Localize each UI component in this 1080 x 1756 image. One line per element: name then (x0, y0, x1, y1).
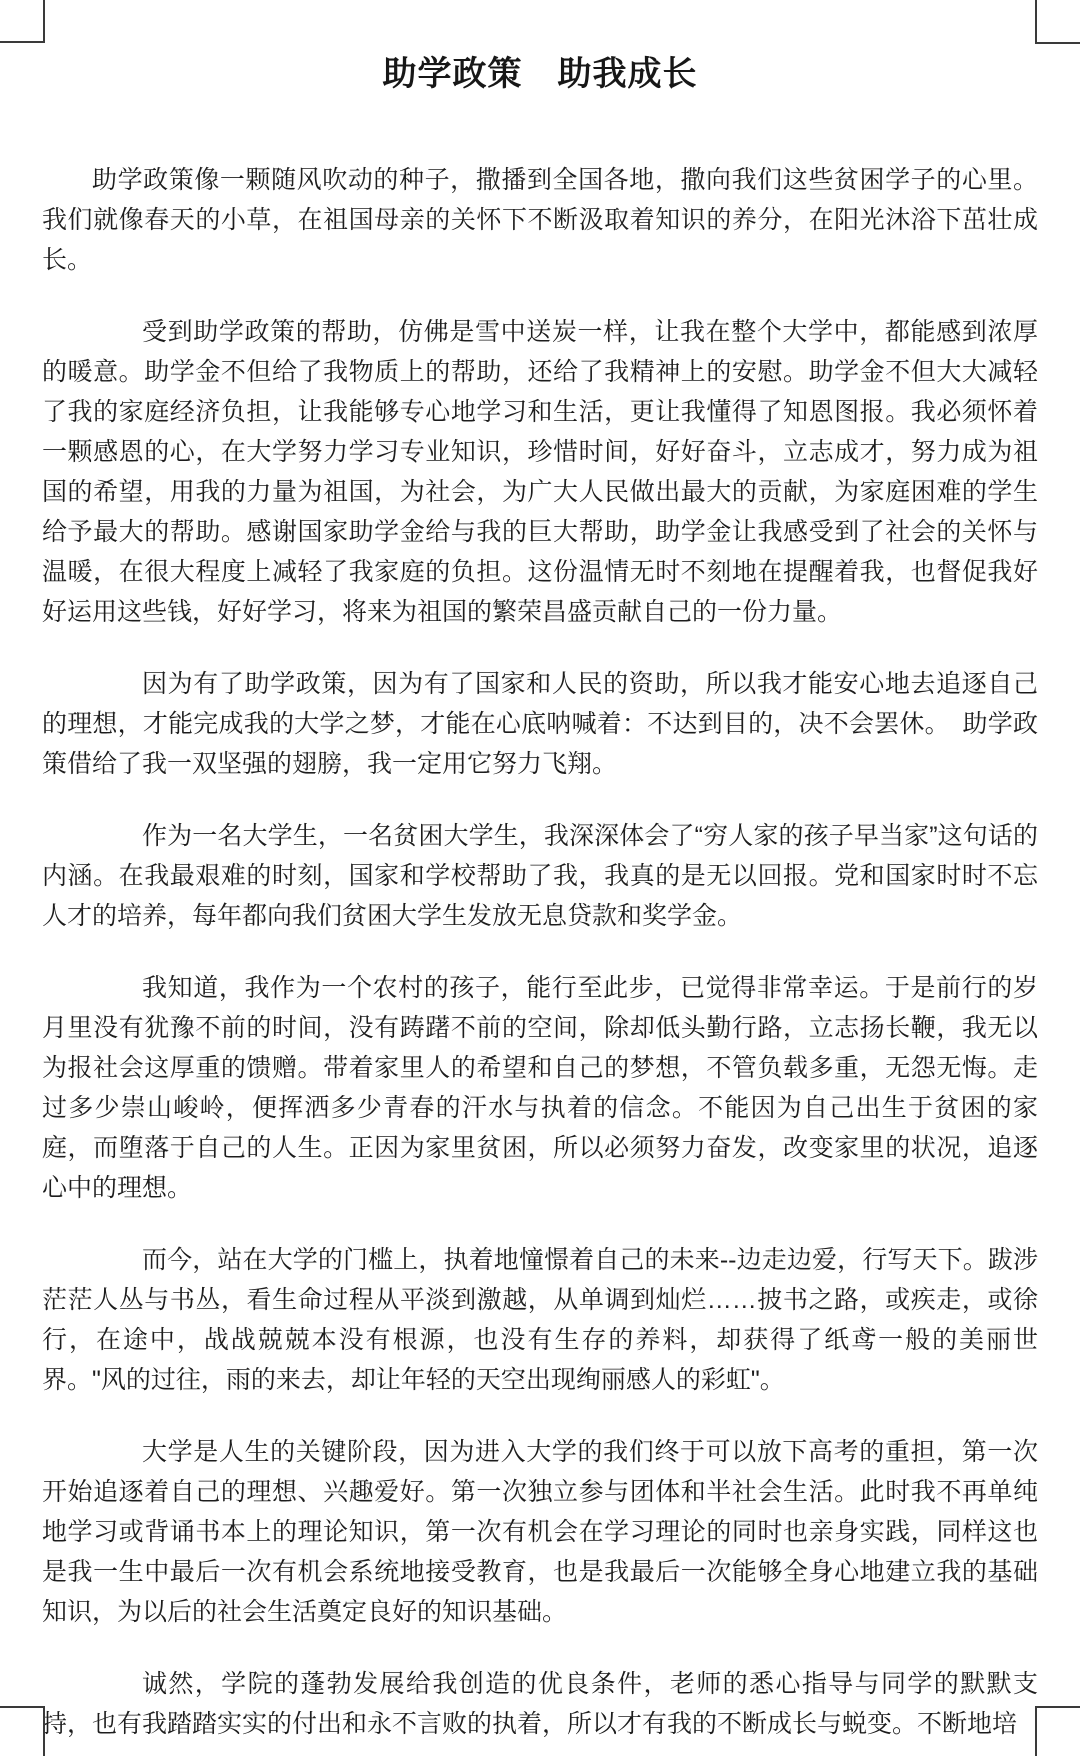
paragraph-5: 我知道，我作为一个农村的孩子，能行至此步，已觉得非常幸运。于是前行的岁月里没有犹… (42, 968, 1038, 1208)
document-body: 助学政策像一颗随风吹动的种子，撒播到全国各地，撒向我们这些贫困学子的心里。我们就… (0, 160, 1080, 1744)
paragraph-3: 因为有了助学政策，因为有了国家和人民的资助，所以我才能安心地去追逐自己的理想，才… (42, 664, 1038, 784)
document-page: 助学政策 助我成长 助学政策像一颗随风吹动的种子，撒播到全国各地，撒向我们这些贫… (0, 0, 1080, 1756)
paragraph-8: 诚然，学院的蓬勃发展给我创造的优良条件，老师的悉心指导与同学的默默支持，也有我踏… (42, 1664, 1038, 1744)
paragraph-6: 而今，站在大学的门槛上，执着地憧憬着自己的未来--边走边爱，行写天下。跋涉茫茫人… (42, 1240, 1038, 1400)
document-title: 助学政策 助我成长 (0, 52, 1080, 96)
paragraph-4: 作为一名大学生，一名贫困大学生，我深深体会了“穷人家的孩子早当家”这句话的内涵。… (42, 816, 1038, 936)
paragraph-7: 大学是人生的关键阶段，因为进入大学的我们终于可以放下高考的重担，第一次开始追逐着… (42, 1432, 1038, 1632)
page-corner-top-right (1035, 0, 1080, 44)
page-corner-top-left (0, 0, 45, 43)
page-corner-bottom-left (0, 1706, 45, 1756)
page-corner-bottom-right (1035, 1706, 1080, 1756)
paragraph-2: 受到助学政策的帮助，仿佛是雪中送炭一样，让我在整个大学中，都能感到浓厚的暖意。助… (42, 312, 1038, 632)
paragraph-1: 助学政策像一颗随风吹动的种子，撒播到全国各地，撒向我们这些贫困学子的心里。我们就… (42, 160, 1038, 280)
